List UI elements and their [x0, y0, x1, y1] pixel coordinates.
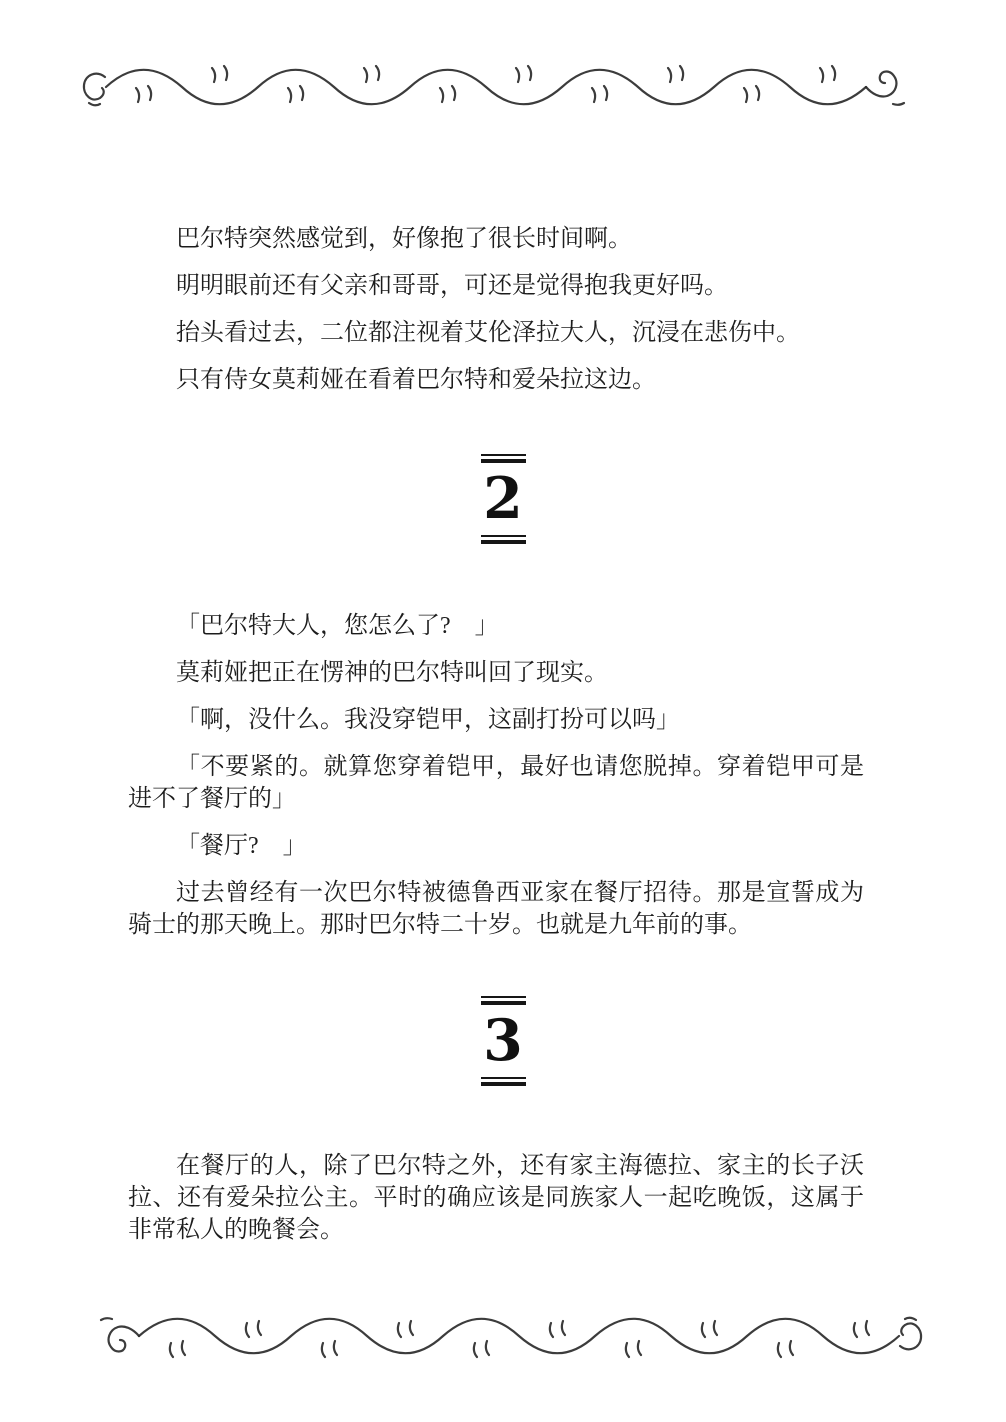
- paragraph: 「巴尔特大人，您怎么了? 」: [128, 610, 864, 642]
- paragraph: 巴尔特突然感觉到，好像抱了很长时间啊。: [128, 223, 864, 255]
- paragraph: 「餐厅? 」: [128, 830, 864, 862]
- flourish-border-top-icon: [80, 60, 925, 110]
- paragraph: 「啊，没什么。我没穿铠甲，这副打扮可以吗」: [128, 704, 864, 736]
- paragraph: 只有侍女莫莉娅在看着巴尔特和爱朵拉这边。: [128, 364, 864, 396]
- paragraph: 明明眼前还有父亲和哥哥，可还是觉得抱我更好吗。: [128, 270, 864, 302]
- paragraph: 过去曾经有一次巴尔特被德鲁西亚家在餐厅招待。那是宣誓成为骑士的那天晚上。那时巴尔…: [128, 877, 864, 941]
- closing-paragraph-group: 在餐厅的人，除了巴尔特之外，还有家主海德拉、家主的长子沃拉、还有爱朵拉公主。平时…: [128, 1150, 864, 1261]
- chapter-number: 2: [483, 471, 523, 527]
- chapter-divider-2: 2: [0, 454, 1006, 544]
- paragraph: 「不要紧的。就算您穿着铠甲，最好也请您脱掉。穿着铠甲可是进不了餐厅的」: [128, 751, 864, 815]
- paragraph: 莫莉娅把正在愣神的巴尔特叫回了现实。: [128, 657, 864, 689]
- opening-paragraph-group: 巴尔特突然感觉到，好像抱了很长时间啊。 明明眼前还有父亲和哥哥，可还是觉得抱我更…: [128, 223, 864, 411]
- novel-page: 巴尔特突然感觉到，好像抱了很长时间啊。 明明眼前还有父亲和哥哥，可还是觉得抱我更…: [0, 0, 1006, 1422]
- divider-rule-top: [481, 996, 526, 1005]
- paragraph: 在餐厅的人，除了巴尔特之外，还有家主海德拉、家主的长子沃拉、还有爱朵拉公主。平时…: [128, 1150, 864, 1246]
- divider-rule-bottom: [481, 535, 526, 544]
- chapter-divider-3: 3: [0, 996, 1006, 1086]
- paragraph: 抬头看过去，二位都注视着艾伦泽拉大人，沉浸在悲伤中。: [128, 317, 864, 349]
- divider-rule-bottom: [481, 1077, 526, 1086]
- divider-rule-top: [481, 454, 526, 463]
- flourish-border-bottom-icon: [80, 1313, 925, 1363]
- middle-paragraph-group: 「巴尔特大人，您怎么了? 」 莫莉娅把正在愣神的巴尔特叫回了现实。 「啊，没什么…: [128, 610, 864, 956]
- chapter-number: 3: [483, 1013, 523, 1069]
